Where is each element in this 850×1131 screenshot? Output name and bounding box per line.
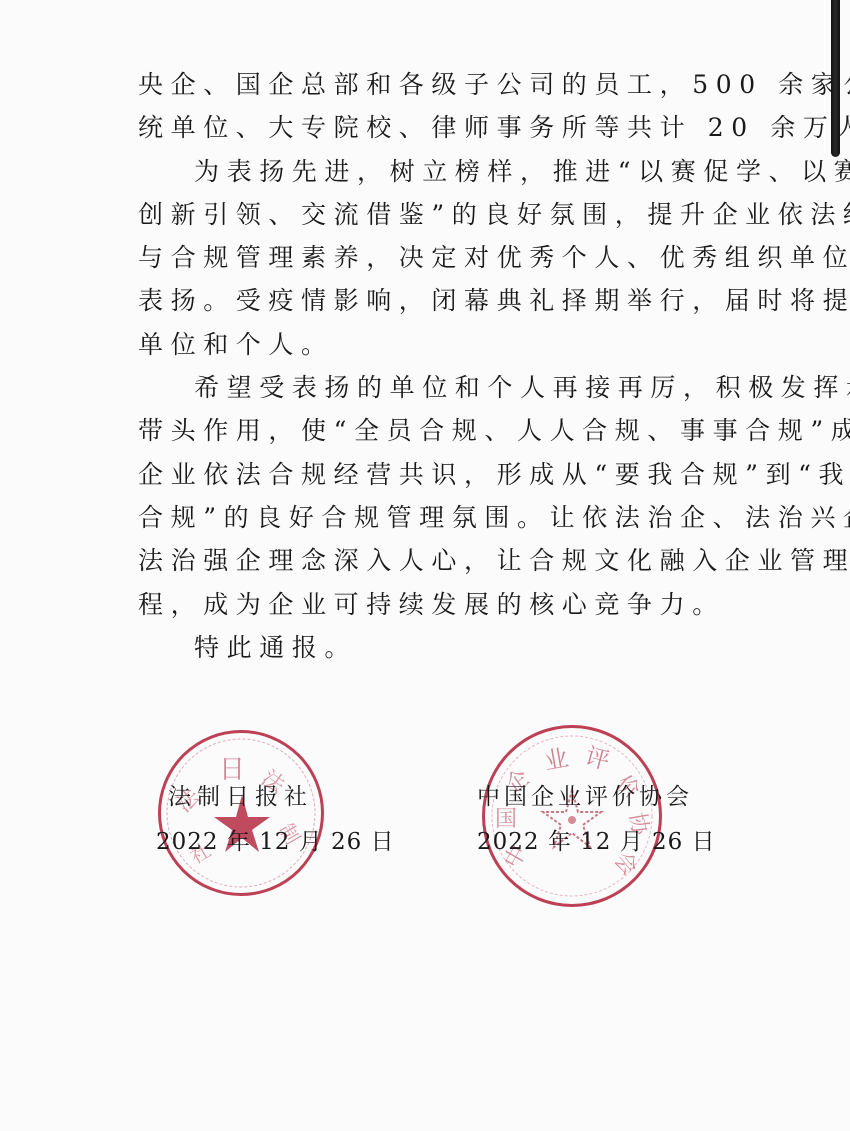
paragraph-line: 央企、国企总部和各级子公司的员工，500 余家公检法司系 [138,63,738,106]
paragraph-line: 表扬。受疫情影响，闭幕典礼择期举行，届时将提前通知各 [138,279,738,322]
paragraph-line: 与合规管理素养，决定对优秀个人、优秀组织单位予以通报 [138,236,738,279]
paragraph-line: 为表扬先进，树立榜样，推进“以赛促学、以赛促训、 [138,150,738,193]
signatory-organization-left: 法制日报社 [168,778,313,811]
scrollbar-thumb[interactable] [831,0,840,157]
signature-date-right: 2022 年 12 月 26 日 [477,823,716,856]
paragraph-line: 带头作用，使“全员合规、人人合规、事事合规”成为 [138,409,738,452]
paragraph-line: 统单位、大专院校、律师事务所等共计 20 余万人参加大赛。 [138,106,738,149]
paragraph-line: 企业依法合规经营共识，形成从“要我合规”到“我要 [138,453,738,496]
closing-line: 特此通报。 [138,626,738,669]
paragraph-line: 法治强企理念深入人心，让合规文化融入企业管理全流 [138,539,738,582]
seal-star-icon: 业 评 企 价 国 协 中 会 [485,728,659,904]
document-page: 央企、国企总部和各级子公司的员工，500 余家公检法司系 统单位、大专院校、律师… [0,0,850,1131]
official-seal-left: 日 法 法 制 社 [158,730,324,896]
document-body: 央企、国企总部和各级子公司的员工，500 余家公检法司系 统单位、大专院校、律师… [138,63,738,669]
svg-text:评: 评 [582,742,612,775]
paragraph-line: 合规”的良好合规管理氛围。让依法治企、法治兴企、 [138,496,738,539]
paragraph-line: 单位和个人。 [138,323,738,366]
paragraph-line: 程，成为企业可持续发展的核心竞争力。 [138,583,738,626]
official-seal-right: 业 评 企 价 国 协 中 会 [482,725,662,907]
paragraph-line: 创新引领、交流借鉴”的良好氛围，提升企业依法经营意识 [138,193,738,236]
svg-text:业: 业 [542,744,570,776]
signatory-organization-right: 中国企业评价协会 [477,778,693,811]
seal-star-icon: 日 法 法 制 社 [161,733,321,893]
signature-date-left: 2022 年 12 月 26 日 [156,823,395,856]
paragraph-line: 希望受表扬的单位和个人再接再厉，积极发挥示范 [138,366,738,409]
